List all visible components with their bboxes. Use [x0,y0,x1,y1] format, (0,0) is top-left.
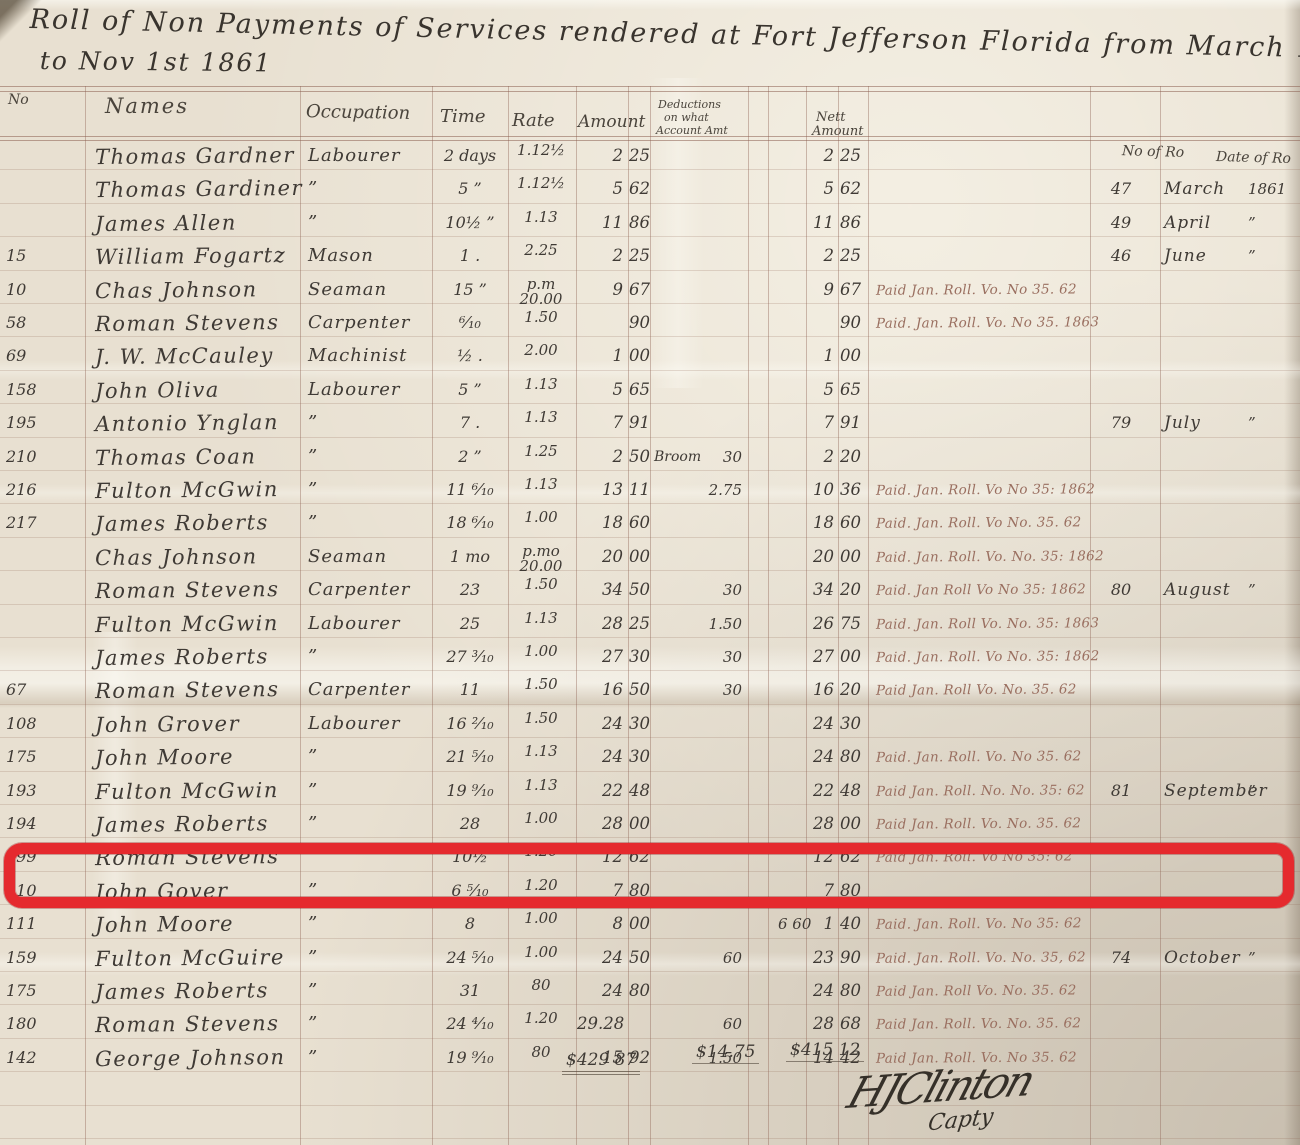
cell-ded [698,308,742,341]
ledger-row: 217James Roberts”18 ⁶⁄₁₀1.00Paid. Jan. R… [0,508,1300,541]
nett-dollars: 11 [806,208,834,238]
nett-cents: 80 [840,976,870,1006]
cell-occ: ” [308,408,428,441]
cell-no: 175 [6,976,81,1009]
cell-rate: 1.00 [509,642,573,677]
cell-amt: 2248 [577,776,649,809]
cell-remark [876,341,1102,376]
cell-remark: Paid. Jan. Roll Vo. No. 35: 1863 [876,608,1102,643]
cell-remark [876,407,1102,442]
cell-amt: 225 [577,141,649,174]
cell-rno [1094,809,1148,842]
cell-name: Fulton McGwin [95,474,300,509]
cell-occ: ” [308,976,428,1009]
cell-ryear [1248,675,1298,708]
cell-rate: 80 [509,976,573,1011]
cell-ded: 1.50 [698,609,742,642]
cell-ded [698,241,742,274]
cell-remark [876,374,1102,409]
ledger-row: 195Antonio Ynglan”7 .1.1379July”791791 [0,408,1300,441]
cell-rno [1094,709,1148,742]
cell-rate: 1.13 [509,475,573,510]
cell-rno [1094,1009,1148,1042]
cell-rate: 1.25 [509,442,573,477]
cell-time: 19 ⁹⁄₁₀ [434,1043,506,1076]
cell-name: John Moore [95,741,300,776]
cell-ded [698,341,742,374]
amt-cents: 67 [629,275,659,305]
col-header-nett-1: Nett [816,110,846,125]
cell-name: Thomas Gardiner [95,173,300,208]
cell-nett: 791 [806,408,868,441]
cell-no: 210 [6,442,81,475]
highlight-box [4,843,1294,908]
cell-time: 25 [434,609,506,642]
cell-ded [698,141,742,174]
cell-ded [698,208,742,241]
ledger-row: 158John OlivaLabourer5 ”1.13565565 [0,375,1300,408]
amt-cents: 50 [629,575,659,605]
cell-time: 7 . [434,408,506,441]
amt-dollars: 2 [577,241,623,271]
amt-cents: 00 [629,341,659,371]
cell-ryear [1248,275,1298,308]
cell-ded [698,776,742,809]
cell-ryear: ” [1248,208,1298,241]
cell-rate: 1.13 [509,776,573,811]
cell-time: 10½ ” [434,208,506,241]
cell-ded [698,709,742,742]
cell-ded: 30 [698,575,742,608]
cell-nett: 1186 [806,208,868,241]
cell-name: James Roberts [95,641,300,676]
cell-no [6,542,81,575]
cell-amt: 29.28 [577,1009,649,1042]
cell-ryear [1248,141,1298,174]
ledger-row: Thomas Gardiner”5 ”1.12½47March186156256… [0,174,1300,207]
nett-cents: 36 [840,475,870,505]
cell-amt: 2450 [577,943,649,976]
nett-dollars: 5 [806,174,834,204]
cell-time: 2 days [434,141,506,174]
nett-cents: 20 [840,442,870,472]
amt-cents: 90 [629,308,659,338]
grid-hline [0,136,1300,137]
amt-cents: 00 [629,809,659,839]
amt-dollars: 24 [577,943,623,973]
cell-rate: 1.50 [509,675,573,710]
cell-rate: p.mo 20.00 [509,542,573,577]
amt-dollars: 9 [577,275,623,305]
cell-rno [1094,742,1148,775]
cell-time: 11 ⁶⁄₁₀ [434,475,506,508]
amt-cents: 25 [629,609,659,639]
ledger-row: 58Roman StevensCarpenter⁶⁄₁₀1.50Paid. Ja… [0,308,1300,341]
amt-cents: 30 [629,709,659,739]
cell-time: ½ . [434,341,506,374]
cell-time: 24 ⁵⁄₁₀ [434,943,506,976]
cell-rate: 1.20 [509,1009,573,1044]
cell-remark: Paid Jan. Roll. Vo. No. 35. 62 [876,808,1102,843]
amt-dollars: 8 [577,909,623,939]
ledger-row: James Allen”10½ ”1.1349April”11861186 [0,208,1300,241]
amt-cents: 11 [629,475,659,505]
ledger-row: 111John Moore”81.006 60Paid. Jan. Roll. … [0,909,1300,942]
cell-name: Chas Johnson [95,541,300,576]
cell-remark: Paid. Jan. Roll. Vo. No 35. 62 [876,741,1102,776]
cell-remark [876,140,1102,175]
cell-ryear [1248,809,1298,842]
cell-ded [698,809,742,842]
ledger-row: 108John GroverLabourer16 ²⁄₁₀1.502430243… [0,709,1300,742]
cell-rate: 1.13 [509,375,573,410]
col-header-amount: Amount [578,112,645,132]
cell-nett: 100 [806,341,868,374]
amt-cents: 65 [629,375,659,405]
cell-nett: 562 [806,174,868,207]
cell-name: Thomas Gardner [95,140,300,175]
cell-name: Fulton McGuire [95,942,300,977]
cell-ryear [1248,375,1298,408]
cell-rno: 46 [1094,241,1148,274]
ledger-row: 216Fulton McGwin”11 ⁶⁄₁₀1.132.75Paid. Ja… [0,475,1300,508]
cell-amt: 1650 [577,675,649,708]
amt-cents: 00 [629,542,659,572]
cell-nett: 1860 [806,508,868,541]
cell-name: William Fogartz [95,240,300,275]
nett-dollars: 24 [806,742,834,772]
col-header-deductions-2: on what [664,111,709,124]
nett-cents: 25 [840,241,870,271]
cell-amt: 90 [577,308,649,341]
cell-time: 19 ⁹⁄₁₀ [434,776,506,809]
nett-dollars: 2 [806,241,834,271]
cell-occ: ” [308,1009,428,1042]
cell-no [6,174,81,207]
amt-cents: 00 [629,909,659,939]
cell-occ: Machinist [308,341,428,374]
cell-remark [876,441,1102,476]
total-nett: $415 12 [786,1040,864,1062]
cell-amt: 2825 [577,609,649,642]
nett-cents: 48 [840,776,870,806]
cell-rate: 1.12½ [509,174,573,209]
cell-nett: 2480 [806,976,868,1009]
cell-time: 8 [434,909,506,942]
cell-time: 2 ” [434,442,506,475]
cell-rno: 47 [1094,174,1148,207]
cell-ryear: ” [1248,776,1298,809]
amt-cents: 48 [629,776,659,806]
amt-dollars: 24 [577,742,623,772]
cell-remark: Paid. Jan. Roll. Vo. No 35: 62 [876,908,1102,943]
cell-nett: 2700 [806,642,868,675]
nett-dollars: 23 [806,943,834,973]
cell-ryear: ” [1248,943,1298,976]
amt-dollars: 2 [577,141,623,171]
cell-amt: 2430 [577,709,649,742]
cell-name: James Roberts [95,975,300,1010]
cell-remark [876,207,1102,242]
cell-no: 217 [6,508,81,541]
nett-cents: 90 [840,943,870,973]
cell-nett: 140 [806,909,868,942]
nett-dollars: 18 [806,508,834,538]
cell-rno: 49 [1094,208,1148,241]
nett-dollars: 24 [806,976,834,1006]
cell-occ: Carpenter [308,308,428,341]
cell-occ: ” [308,642,428,675]
ledger-row: James Roberts”27 ³⁄₁₀1.0030Paid. Jan. Ro… [0,642,1300,675]
cell-occ: ” [308,508,428,541]
cell-no: 180 [6,1009,81,1042]
cell-occ: ” [308,909,428,942]
cell-occ: ” [308,742,428,775]
cell-remark [876,708,1102,743]
cell-rate: 1.50 [509,709,573,744]
cell-time: 16 ²⁄₁₀ [434,709,506,742]
cell-amt: 562 [577,174,649,207]
nett-cents: 20 [840,675,870,705]
nett-dollars: 2 [806,141,834,171]
amt-dollars: 24 [577,976,623,1006]
ledger-row: 142George Johnson”19 ⁹⁄₁₀801.50Paid Jan.… [0,1043,1300,1076]
cell-name: Antonio Ynglan [95,407,300,442]
cell-ryear [1248,1043,1298,1076]
cell-time: 1 mo [434,542,506,575]
amt-dollars: 2 [577,442,623,472]
cell-time: 21 ⁵⁄₁₀ [434,742,506,775]
ledger-row: 67Roman StevensCarpenter111.5030Paid Jan… [0,675,1300,708]
ledger-row: 210Thomas Coan”2 ”1.25Broom30250220 [0,442,1300,475]
nett-dollars: 28 [806,809,834,839]
nett-cents: 80 [840,742,870,772]
cell-time: 23 [434,575,506,608]
cell-occ: Labourer [308,141,428,174]
cell-rate: 1.13 [509,408,573,443]
cell-occ: ” [308,776,428,809]
col-header-deductions-1: Deductions [658,98,721,111]
cell-occ: Seaman [308,275,428,308]
cell-rate: 1.50 [509,308,573,343]
cell-occ: Labourer [308,609,428,642]
amt-cents: 60 [629,508,659,538]
cell-ded [698,976,742,1009]
nett-dollars: 20 [806,542,834,572]
cell-time: 15 ” [434,275,506,308]
cell-occ: ” [308,475,428,508]
cell-ryear [1248,976,1298,1009]
nett-cents: 67 [840,275,870,305]
cell-ryear [1248,542,1298,575]
cell-rate: p.m 20.00 [509,275,573,310]
cell-rno [1094,542,1148,575]
cell-amt: 565 [577,375,649,408]
cell-nett: 2248 [806,776,868,809]
nett-cents: 20 [840,575,870,605]
cell-no: 159 [6,943,81,976]
cell-occ: ” [308,1043,428,1076]
cell-occ: Mason [308,241,428,274]
nett-dollars: 34 [806,575,834,605]
amt-cents: 30 [629,742,659,772]
cell-remark: Paid. Jan. Roll. Vo. No 35. 1863 [876,307,1102,342]
cell-rno: 81 [1094,776,1148,809]
amt-cents: 30 [629,642,659,672]
cell-nett: 2430 [806,709,868,742]
cell-occ: ” [308,174,428,207]
cell-ded: 30 [698,642,742,675]
ledger-row: 10Chas JohnsonSeaman15 ”p.m 20.00Paid Ja… [0,275,1300,308]
nett-cents: 62 [840,174,870,204]
ledger-row: 194James Roberts”281.00Paid Jan. Roll. V… [0,809,1300,842]
grid-hline [0,1138,1300,1139]
amt-cents: 25 [629,141,659,171]
amt-dollars: 5 [577,174,623,204]
cell-rate: 1.13 [509,208,573,243]
cell-ryear [1248,609,1298,642]
cell-amt: 2000 [577,542,649,575]
nett-dollars: 24 [806,709,834,739]
cell-name: Fulton McGwin [95,608,300,643]
cell-rno: 74 [1094,943,1148,976]
cell-ded [698,408,742,441]
cell-name: Fulton McGwin [95,775,300,810]
cell-occ: ” [308,943,428,976]
cell-ryear [1248,475,1298,508]
cell-occ: Seaman [308,542,428,575]
cell-ded: 60 [698,1009,742,1042]
nett-dollars: 28 [806,1009,834,1039]
ledger-row: 159Fulton McGuire”24 ⁵⁄₁₀1.0060Paid. Jan… [0,943,1300,976]
cell-no: 142 [6,1043,81,1076]
cell-time: 18 ⁶⁄₁₀ [434,508,506,541]
cell-ded: 30 [698,675,742,708]
cell-time: 27 ³⁄₁₀ [434,642,506,675]
amt-dollars: 1 [577,341,623,371]
cell-time: 24 ⁴⁄₁₀ [434,1009,506,1042]
amt-cents: 50 [629,675,659,705]
cell-remark: Paid. Jan. Roll. Vo No 35: 1862 [876,474,1102,509]
cell-rno [1094,475,1148,508]
cell-rno [1094,1043,1148,1076]
nett-dollars: 16 [806,675,834,705]
document-title-line2: to Nov 1st 1861 [40,46,273,77]
cell-name: Roman Stevens [95,674,300,709]
cell-ryear: ” [1248,575,1298,608]
cell-name: Roman Stevens [95,1008,300,1043]
cell-time: 1 . [434,241,506,274]
cell-rno [1094,909,1148,942]
cell-rate: 1.12½ [509,141,573,176]
cell-no [6,609,81,642]
cell-no: 158 [6,375,81,408]
amt-cents: 50 [629,943,659,973]
cell-occ: Labourer [308,709,428,742]
cell-occ: ” [308,809,428,842]
nett-cents: 90 [840,308,870,338]
cell-no: 108 [6,709,81,742]
cell-ryear [1248,742,1298,775]
nett-cents: 00 [840,542,870,572]
cell-ded [698,542,742,575]
total-amount: $429 87 [562,1050,640,1075]
cell-no [6,575,81,608]
amt-dollars: 20 [577,542,623,572]
nett-cents: 60 [840,508,870,538]
nett-dollars: 22 [806,776,834,806]
ledger-row: 175John Moore”21 ⁵⁄₁₀1.13Paid. Jan. Roll… [0,742,1300,775]
amt-dollars: 11 [577,208,623,238]
cell-nett: 90 [806,308,868,341]
cell-nett: 1620 [806,675,868,708]
cell-time: 31 [434,976,506,1009]
cell-nett: 225 [806,141,868,174]
cell-rno [1094,341,1148,374]
amt-dollars: 18 [577,508,623,538]
cell-nett: 967 [806,275,868,308]
cell-no: 195 [6,408,81,441]
cell-ryear [1248,642,1298,675]
nett-cents: 30 [840,709,870,739]
cell-rno [1094,442,1148,475]
amt-dollars: 28 [577,609,623,639]
cell-remark: Paid Jan. Roll. Vo. No. 35. 62 [876,1009,1102,1044]
amt-dollars: 24 [577,709,623,739]
cell-no [6,642,81,675]
cell-nett: 2868 [806,1009,868,1042]
col-header-time: Time [440,106,485,127]
cell-remark: Paid Jan. Roll Vo. No. 35. 62 [876,975,1102,1010]
cell-time: 5 ” [434,174,506,207]
cell-ded [698,275,742,308]
cell-ryear [1248,1009,1298,1042]
cell-ryear: ” [1248,408,1298,441]
cell-amt: 2480 [577,976,649,1009]
cell-no: 10 [6,275,81,308]
amt-dollars: 34 [577,575,623,605]
ledger-row: Thomas GardnerLabourer2 days1.12½225225 [0,141,1300,174]
cell-rno: 80 [1094,575,1148,608]
cell-name: James Allen [95,207,300,242]
cell-no: 69 [6,341,81,374]
cell-remark: Paid Jan. Roll. Vo. No 35. 62 [876,274,1102,309]
cell-amt: 3450 [577,575,649,608]
cell-name: Thomas Coan [95,441,300,476]
cell-rno [1094,642,1148,675]
amt-cents: 86 [629,208,659,238]
cell-occ: Labourer [308,375,428,408]
amt-dollars: 13 [577,475,623,505]
cell-amt: 2730 [577,642,649,675]
nett-dollars: 2 [806,442,834,472]
cell-nett: 3420 [806,575,868,608]
cell-occ: Carpenter [308,575,428,608]
cell-nett: 220 [806,442,868,475]
cell-remark [876,240,1102,275]
amt-dollars: 5 [577,375,623,405]
cell-ded: 2.75 [698,475,742,508]
grid-hline [0,86,1300,87]
nett-cents: 00 [840,642,870,672]
nett-dollars: 10 [806,475,834,505]
cell-ded [698,174,742,207]
grid-hline [0,91,1300,92]
cell-nett: 565 [806,375,868,408]
nett-cents: 86 [840,208,870,238]
cell-remark: Paid. Jan. Roll. Vo. No. 35: 1862 [876,541,1102,576]
cell-remark: Paid. Jan. Roll. Vo. No. 35, 62 [876,942,1102,977]
